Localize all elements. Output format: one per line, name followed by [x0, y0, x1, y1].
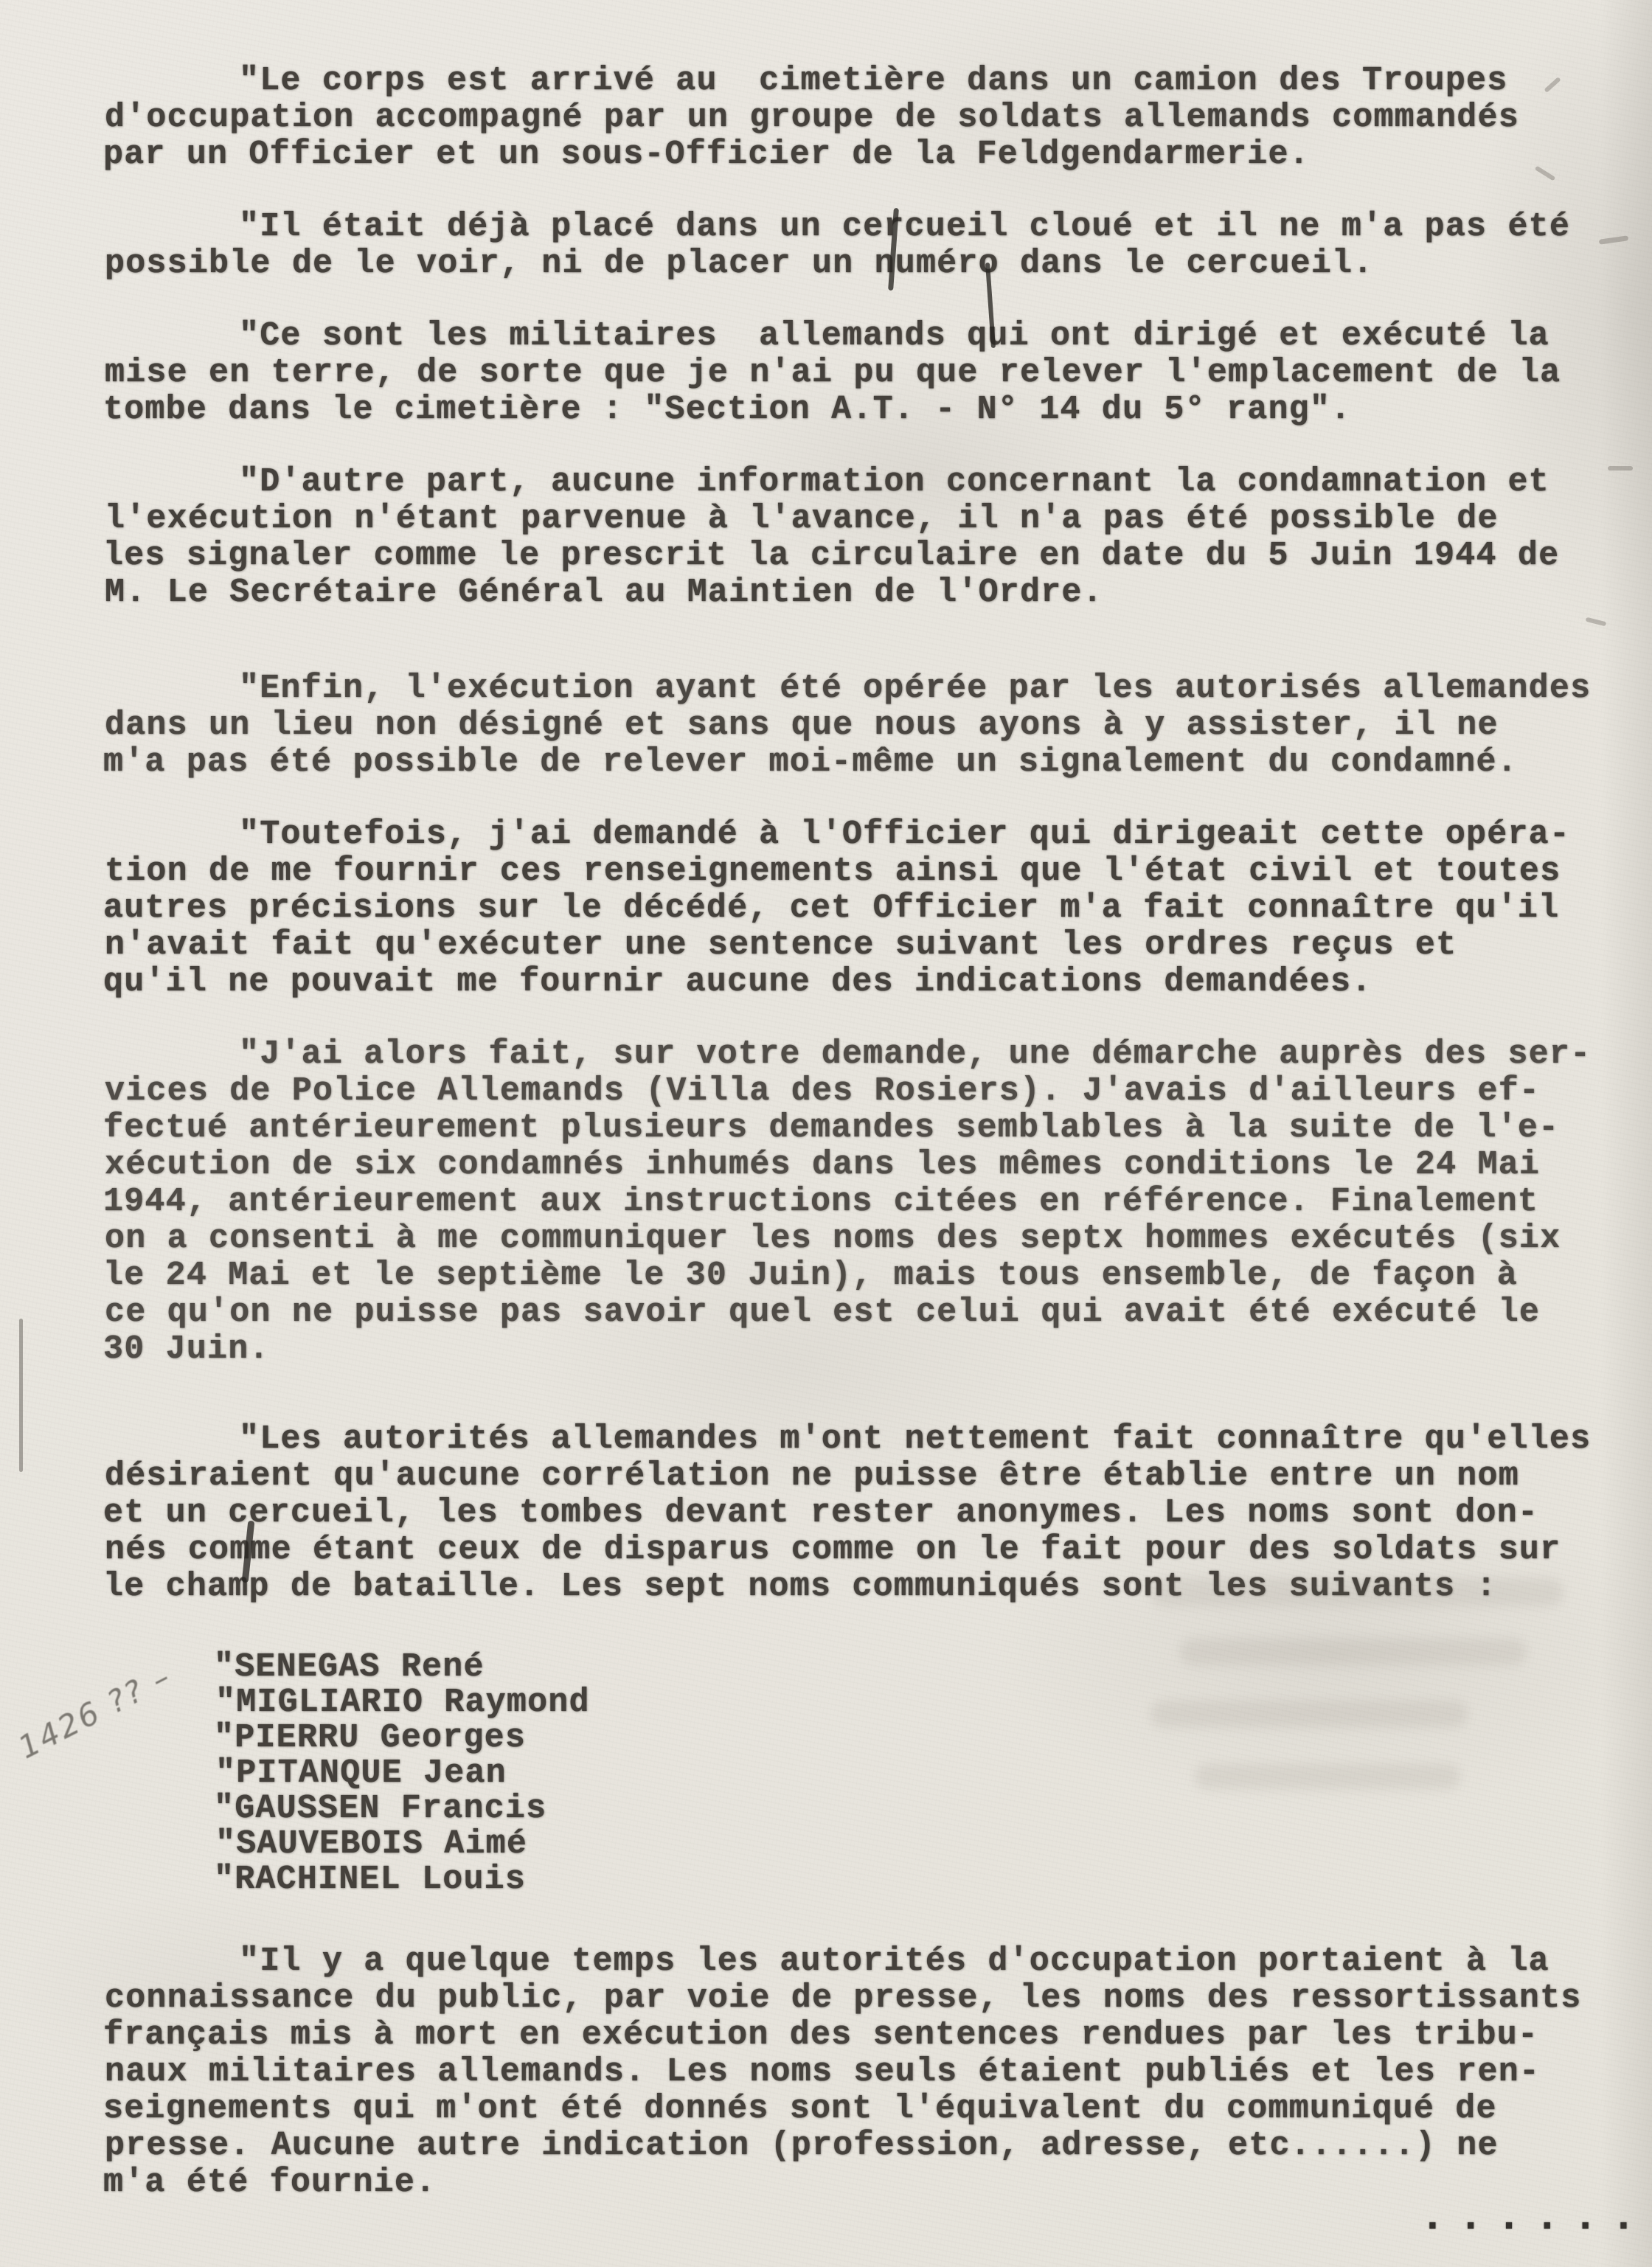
paragraph: "Enfin, l'exécution ayant été opérée par…	[103, 670, 1608, 781]
text-line: m'a pas été possible de relever moi-même…	[103, 744, 1608, 781]
text-line: par un Officier et un sous-Officier de l…	[103, 136, 1608, 173]
text-line: naux militaires allemands. Les noms seul…	[105, 2054, 1609, 2091]
text-line: et un cercueil, les tombes devant rester…	[103, 1495, 1608, 1532]
name-line: "GAUSSEN Francis	[214, 1791, 1608, 1827]
text-line: "D'autre part, aucune information concer…	[103, 464, 1608, 501]
text-line: le 24 Mai et le septième le 30 Juin), ma…	[103, 1257, 1608, 1294]
ghost-impression	[1150, 1578, 1563, 1606]
text-line: seignements qui m'ont été donnés sont l'…	[103, 2091, 1608, 2128]
document-body: "Le corps est arrivé au cimetière dans u…	[103, 63, 1608, 2201]
text-line: connaissance du public, par voie de pres…	[105, 1980, 1609, 2017]
ghost-impression	[1180, 1639, 1527, 1665]
paragraph: "Le corps est arrivé au cimetière dans u…	[103, 63, 1608, 173]
text-line: 1944, antérieurement aux instructions ci…	[103, 1184, 1608, 1221]
text-line: "J'ai alors fait, sur votre demande, une…	[103, 1036, 1608, 1073]
text-line: n'avait fait qu'exécuter une sentence su…	[105, 927, 1609, 964]
text-line: "Il était déjà placé dans un cercueil cl…	[103, 209, 1608, 246]
text-line: d'occupation accompagné par un groupe de…	[105, 100, 1609, 136]
text-line: "Toutefois, j'ai demandé à l'Officier qu…	[103, 816, 1608, 853]
text-line: désiraient qu'aucune corrélation ne puis…	[105, 1458, 1609, 1495]
text-line: vices de Police Allemands (Villa des Ros…	[105, 1073, 1609, 1110]
document-page: "Le corps est arrivé au cimetière dans u…	[0, 0, 1652, 2267]
text-line: fectué antérieurement plusieurs demandes…	[103, 1110, 1608, 1147]
ghost-impression	[1195, 1764, 1460, 1789]
paragraph: "Toutefois, j'ai demandé à l'Officier qu…	[103, 816, 1608, 1001]
text-line: les signaler comme le prescrit la circul…	[103, 538, 1608, 574]
name-line: "RACHINEL Louis	[214, 1862, 1608, 1898]
paragraph: "Ce sont les militaires allemands qui on…	[103, 318, 1608, 428]
text-line: ce qu'on ne puisse pas savoir quel est c…	[105, 1294, 1609, 1331]
ghost-impression	[1150, 1701, 1468, 1727]
text-line: xécution de six condamnés inhumés dans l…	[105, 1147, 1609, 1184]
text-line: nés comme étant ceux de disparus comme o…	[105, 1532, 1609, 1569]
text-line: l'exécution n'étant parvenue à l'avance,…	[105, 501, 1609, 538]
text-line: possible de le voir, ni de placer un num…	[105, 246, 1609, 282]
paragraph: "Il y a quelque temps les autorités d'oc…	[103, 1943, 1608, 2201]
text-line: "Il y a quelque temps les autorités d'oc…	[103, 1943, 1608, 1980]
text-line: dans un lieu non désigné et sans que nou…	[105, 707, 1609, 744]
text-line: presse. Aucune autre indication (profess…	[105, 2128, 1609, 2164]
text-line: M. Le Secrétaire Général au Maintien de …	[105, 574, 1609, 611]
text-line: 30 Juin.	[103, 1331, 1608, 1368]
text-line: mise en terre, de sorte que je n'ai pu q…	[105, 355, 1609, 392]
text-line: qu'il ne pouvait me fournir aucune des i…	[103, 964, 1608, 1001]
text-line: on a consenti à me communiquer les noms …	[105, 1221, 1609, 1257]
text-line: tion de me fournir ces renseignements ai…	[105, 853, 1609, 890]
pencil-line	[19, 1319, 23, 1472]
text-line: français mis à mort en exécution des sen…	[103, 2017, 1608, 2054]
text-line: m'a été fournie.	[103, 2164, 1608, 2201]
text-line: "Le corps est arrivé au cimetière dans u…	[103, 63, 1608, 100]
text-line: "Ce sont les militaires allemands qui on…	[103, 318, 1608, 355]
footer-dots: .......	[1420, 2194, 1652, 2242]
text-line: tombe dans le cimetière : "Section A.T. …	[103, 392, 1608, 428]
name-line: "SAUVEBOIS Aimé	[215, 1827, 1609, 1862]
text-line: "Enfin, l'exécution ayant été opérée par…	[103, 670, 1608, 707]
text-line: autres précisions sur le décédé, cet Off…	[103, 890, 1608, 927]
stray-mark	[1608, 466, 1633, 471]
paragraph: "Il était déjà placé dans un cercueil cl…	[103, 209, 1608, 282]
paragraph: "J'ai alors fait, sur votre demande, une…	[103, 1036, 1608, 1368]
text-line: "Les autorités allemandes m'ont nettemen…	[103, 1421, 1608, 1458]
paragraph: "D'autre part, aucune information concer…	[103, 464, 1608, 611]
